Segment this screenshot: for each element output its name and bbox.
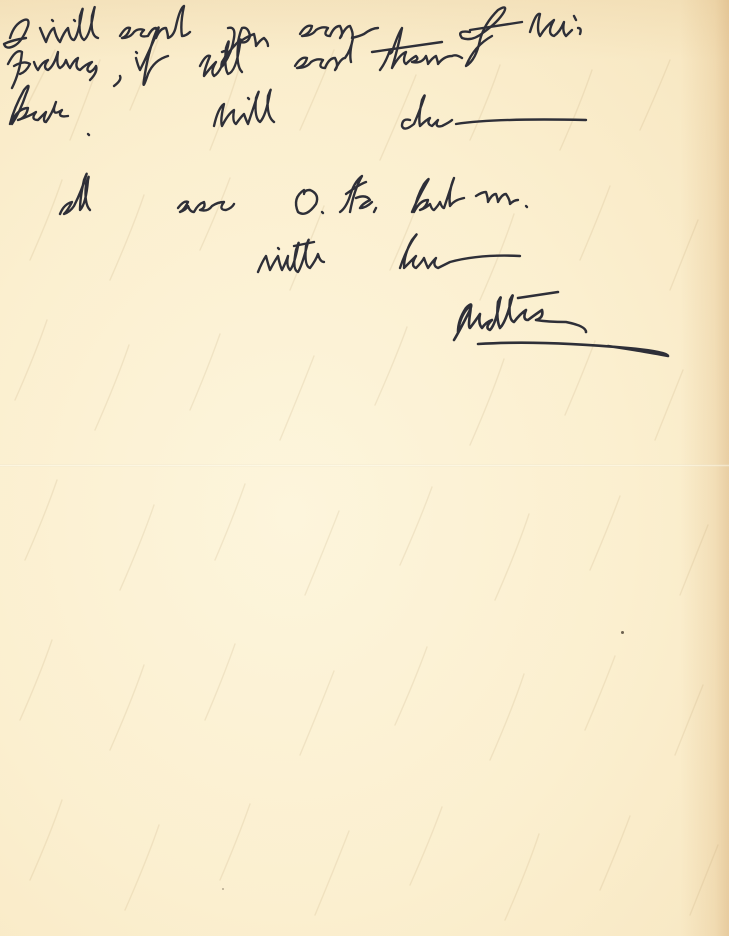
paper-speck <box>621 631 624 634</box>
closing-text: with love <box>258 240 434 278</box>
paper-speck <box>222 888 224 890</box>
signature: Mother <box>454 300 604 340</box>
paper-fold-line <box>0 464 729 467</box>
letter-line-3: back. will close <box>8 96 303 134</box>
letter-line-4: all are O.K. but me. <box>60 178 435 216</box>
letter-line-2: pictures, if you'll send them <box>8 50 545 88</box>
letter-line-1: I will send you some of Va's <box>8 12 538 50</box>
